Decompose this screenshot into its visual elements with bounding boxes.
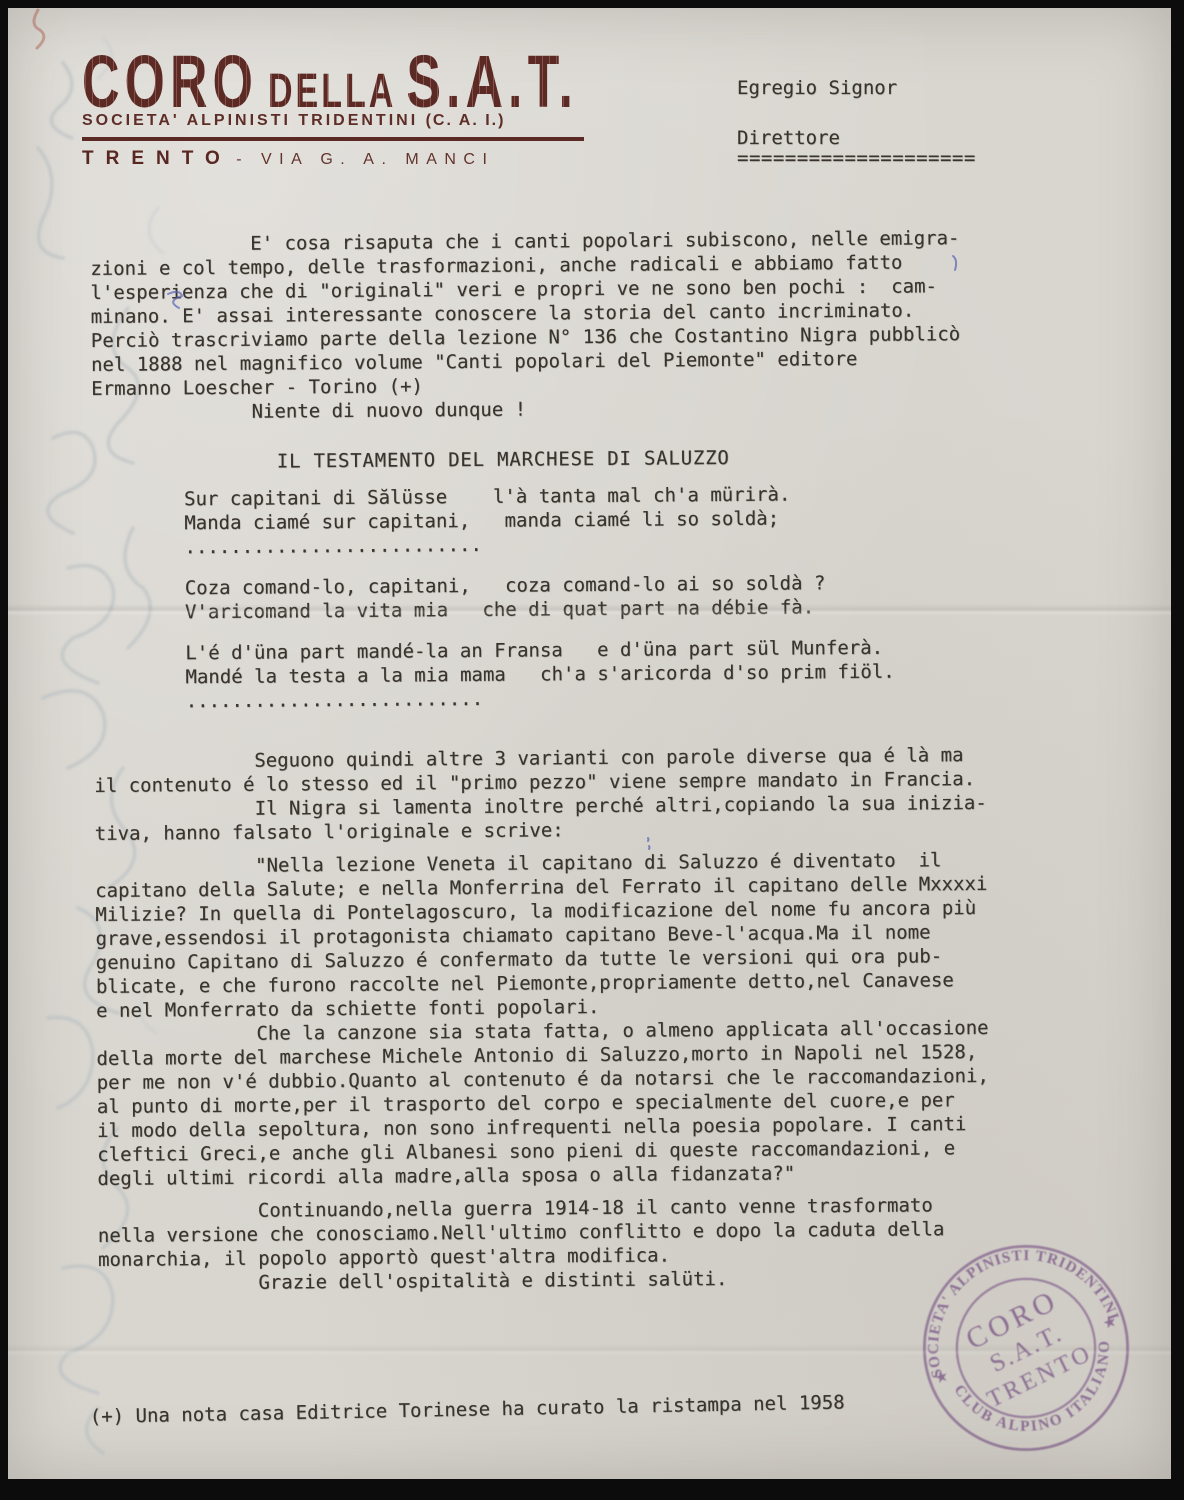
poem-verse-1: Sur capitani di Sălüsse l'à tanta mal ch… — [184, 480, 1123, 559]
brand-word-sat: S.A.T. — [406, 42, 578, 124]
paragraph-quote-nigra: "Nella lezione Veneta il capitano di Sal… — [95, 847, 1126, 1023]
brand-word-della: DELLA — [268, 64, 396, 118]
brand-city-line: TRENTO - VIA G. A. MANCI — [82, 148, 584, 170]
red-corner-mark — [34, 10, 44, 48]
paragraph-quote-history: Che la canzone sia stata fatta, o almeno… — [96, 1015, 1127, 1191]
letterhead: CORODELLAS.A.T. SOCIETA' ALPINISTI TRIDE… — [82, 46, 584, 170]
stamp-star-left-icon: ★ — [932, 1367, 951, 1388]
brand-city: TRENTO — [82, 148, 232, 169]
footnote: (+) Una nota casa Editrice Torinese ha c… — [90, 1392, 845, 1428]
poem-verse-2: Coza comand-lo, capitani, coza comand-lo… — [185, 569, 1123, 624]
letter-paper: CORODELLAS.A.T. SOCIETA' ALPINISTI TRIDE… — [8, 8, 1171, 1479]
recipient-block: Egregio Signor Direttore ===============… — [737, 76, 976, 170]
paragraph-variants: Seguono quindi altre 3 varianti con paro… — [94, 742, 1125, 846]
brand-word-coro: CORO — [82, 42, 258, 124]
recipient-line1: Egregio Signor — [737, 76, 976, 100]
poem-verse-3: L'é d'üna part mandé-la an Fransa e d'ün… — [185, 634, 1124, 713]
poem-title: IL TESTAMENTO DEL MARCHESE DI SALUZZO — [277, 443, 1122, 474]
scanned-letter-page: CORODELLAS.A.T. SOCIETA' ALPINISTI TRIDE… — [0, 0, 1184, 1500]
paragraph-intro: E' cosa risaputa che i canti popolari su… — [90, 225, 1121, 425]
recipient-underline: ==================== — [737, 146, 976, 170]
brand-address: - VIA G. A. MANCI — [236, 151, 494, 168]
letter-body: E' cosa risaputa che i canti popolari su… — [90, 225, 1128, 1296]
letterhead-rule — [82, 137, 584, 141]
brand-title: CORODELLAS.A.T. — [82, 46, 584, 120]
